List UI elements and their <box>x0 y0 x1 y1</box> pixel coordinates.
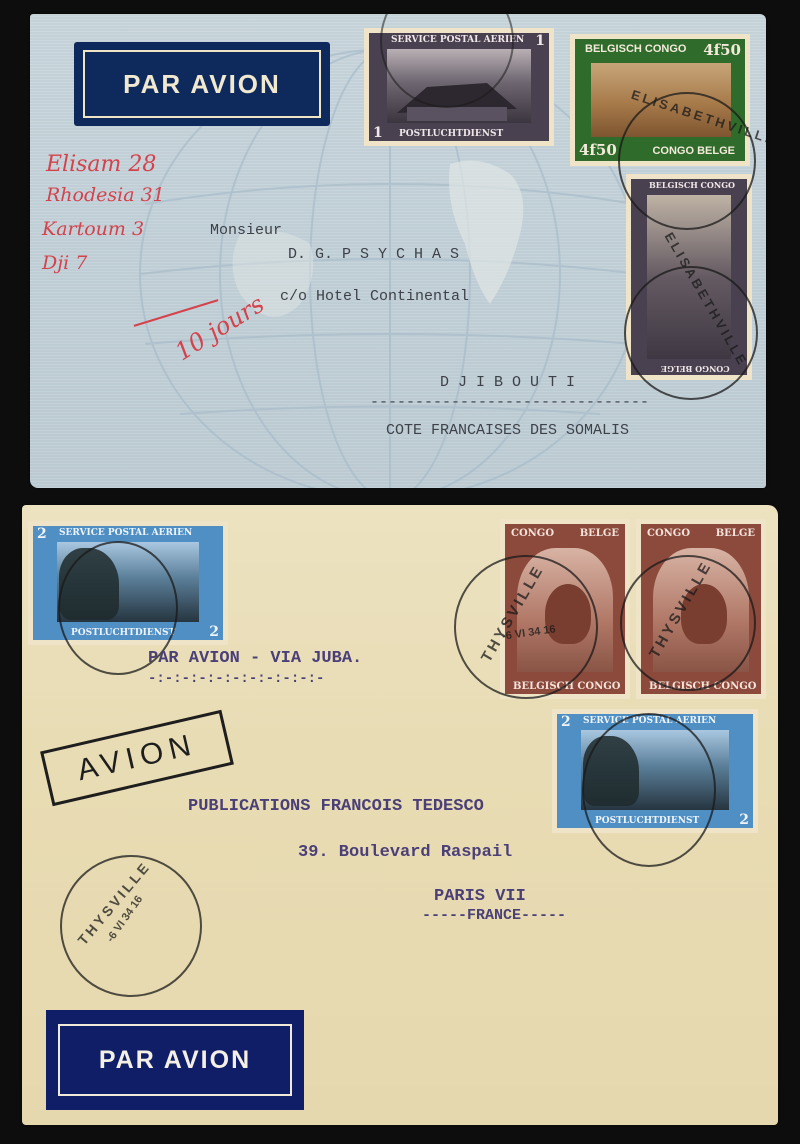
stamp-bottom-text: CONGO BELGE <box>661 364 730 374</box>
stamp-2f-airmail: SERVICE POSTAL AERIEN POSTLUCHTDIENST 2 … <box>28 521 228 645</box>
address-name: D. G. P S Y C H A S <box>288 246 459 263</box>
address-city: PARIS VII <box>434 887 526 906</box>
address-city: D J I B O U T I <box>440 374 575 391</box>
stamp-bottom-text: BELGISCH CONGO <box>513 681 621 692</box>
stamp-bottom-text: BELGISCH CONGO <box>649 681 757 692</box>
address-divider: ------------------------------- <box>370 394 649 411</box>
stamp-top-left: CONGO <box>511 528 554 539</box>
stamp-top-text: BELGISCH CONGO <box>585 43 686 55</box>
stamp-top-left: CONGO <box>647 528 690 539</box>
handwritten-note: Rhodesia 31 <box>46 184 165 206</box>
stamp-value: 4f50 <box>579 141 617 159</box>
handwritten-total: 10 jours <box>170 290 269 366</box>
stamp-top-right: BELGE <box>716 528 755 539</box>
handwritten-note: Dji 7 <box>42 252 87 274</box>
address-name: PUBLICATIONS FRANCOIS TEDESCO <box>188 797 484 816</box>
stamp-top-text: SERVICE POSTAL AERIEN <box>391 35 524 45</box>
avion-cachet: AVION <box>40 710 234 806</box>
stamp-value: 1 <box>373 125 383 141</box>
address-salutation: Monsieur <box>210 222 282 239</box>
stamp-top-right: BELGE <box>580 528 619 539</box>
stamp-value: 2 <box>561 714 571 730</box>
stamp-1f25-warrior: CONGO BELGE BELGISCH CONGO <box>636 519 766 699</box>
route-text: PAR AVION - VIA JUBA. <box>148 649 362 668</box>
stamp-value: 2 <box>209 624 219 640</box>
address-street: 39. Boulevard Raspail <box>298 843 512 862</box>
stamp-top-text: SERVICE POSTAL AERIEN <box>59 528 192 538</box>
stamp-top-text: SERVICE POSTAL AERIEN <box>583 716 716 726</box>
stamp-bottom-text: POSTLUCHTDIENST <box>595 816 699 826</box>
stamp-bottom-text: CONGO BELGE <box>652 145 735 157</box>
par-avion-label: PAR AVION <box>46 1010 304 1110</box>
stamp-2f-airmail: SERVICE POSTAL AERIEN POSTLUCHTDIENST 2 … <box>552 709 758 833</box>
hut-vignette-icon <box>387 73 531 123</box>
avion-cachet-text: AVION <box>74 728 200 788</box>
stamp-bottom-text: POSTLUCHTDIENST <box>399 129 503 139</box>
address-country: COTE FRANCAISES DES SOMALIS <box>386 422 629 439</box>
par-avion-text: PAR AVION <box>99 1046 251 1075</box>
stamp-1f-airmail: SERVICE POSTAL AERIEN POSTLUCHTDIENST 1 … <box>364 28 554 146</box>
cover-bottom: SERVICE POSTAL AERIEN POSTLUCHTDIENST 2 … <box>22 505 778 1125</box>
stamp-top-text: BELGISCH CONGO <box>649 180 735 190</box>
par-avion-text: PAR AVION <box>123 69 281 100</box>
address-line2: c/o Hotel Continental <box>280 288 469 305</box>
stamp-value: 2 <box>37 526 47 542</box>
handwritten-note: Elisam 28 <box>46 152 156 177</box>
route-underline: -:-:-:-:-:-:-:-:-:-:- <box>148 671 324 687</box>
handwritten-note: Kartoum 3 <box>42 218 144 240</box>
stamp-value: 2 <box>739 812 749 828</box>
cover-top: PAR AVION SERVICE POSTAL AERIEN POSTLUCH… <box>30 14 766 488</box>
stamp-bottom-text: POSTLUCHTDIENST <box>71 628 175 638</box>
stamp-value: 1 <box>535 33 545 49</box>
address-country: -----FRANCE----- <box>422 907 566 924</box>
stamp-value: 4f50 <box>703 41 741 59</box>
par-avion-label: PAR AVION <box>74 42 330 126</box>
